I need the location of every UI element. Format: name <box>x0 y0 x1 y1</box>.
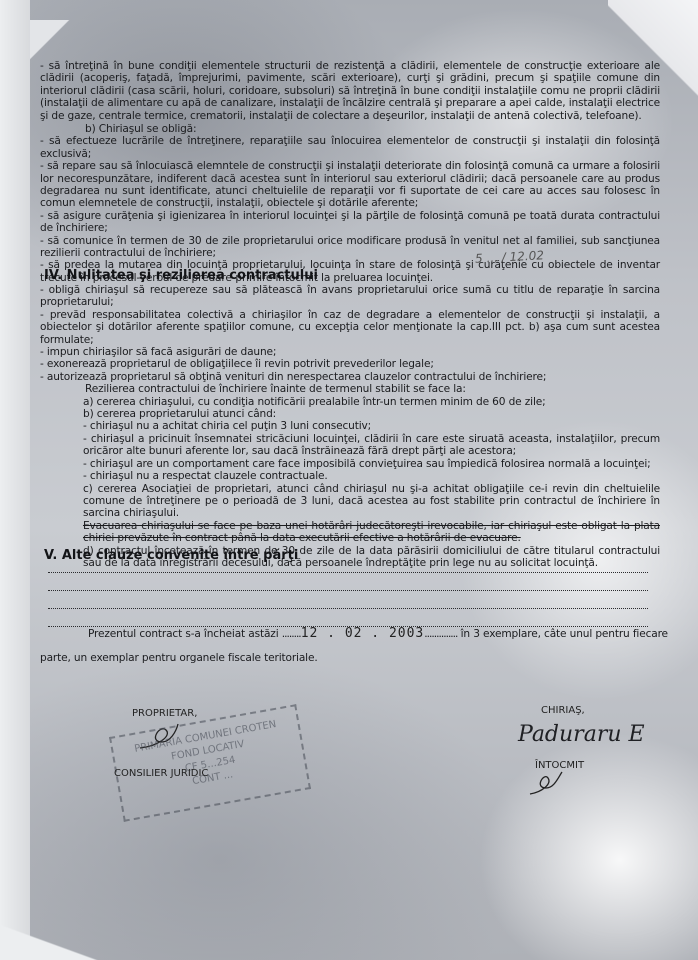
closing-suffix: în 3 exemplare, câte unul pentru fiecare <box>461 628 668 640</box>
clause-item: Evacuarea chiriaşului se face pe baza un… <box>83 520 660 545</box>
scanned-page: - să întreţină în bune condiţii elemente… <box>0 0 698 960</box>
contract-date: 12 . 02 . 2003 <box>301 626 425 641</box>
clause-item: - autorizează proprietarul să obţină ven… <box>40 371 660 383</box>
blank-line <box>48 572 648 573</box>
tenant-signature: Paduraru E <box>518 722 645 747</box>
section-iii-a-tail: - să întreţină în bune condiţii elemente… <box>40 60 660 122</box>
legal-counsel-label: CONSILIER JURIDIC <box>114 768 208 779</box>
clause-item: c) cererea Asociaţiei de proprietari, at… <box>83 483 660 520</box>
section-v-title: V. Alte clauze convenite între părţi <box>44 548 298 563</box>
tenant-label: CHIRIAŞ, <box>541 705 585 716</box>
termination-intro: Rezilierea contractului de închiriere în… <box>40 383 660 395</box>
clause-item: a) cererea chiriaşului, cu condiţia noti… <box>83 396 660 408</box>
clause-item: - prevăd responsabilitatea colectivă a c… <box>40 309 660 346</box>
closing-statement: Prezentul contract s-a încheiat astăzi .… <box>40 628 660 665</box>
blank-line <box>48 590 648 591</box>
page-corner-bottom <box>0 920 100 960</box>
clause-item: - să efectueze lucrările de întreţinere,… <box>40 135 660 160</box>
clause-item: - să asigure curăţenia şi igienizarea în… <box>40 210 660 235</box>
clause-item: - chiriaşul nu a respectat clauzele cont… <box>83 470 660 482</box>
clause-item: - să comunice în termen de 30 de zile pr… <box>40 235 660 260</box>
closing-prefix: Prezentul contract s-a încheiat astăzi <box>88 628 279 640</box>
owner-label: PROPRIETAR, <box>132 708 197 719</box>
drafter-signature-icon <box>528 770 568 798</box>
clause-subtitle: b) Chiriaşul se obligă: <box>40 123 660 135</box>
clause-item: - impun chiriaşilor să facă asigurări de… <box>40 346 660 358</box>
clause-item: - exonerează proprietarul de obligaţiile… <box>40 358 660 370</box>
section-iii-b: b) Chiriaşul se obligă: - să efectueze l… <box>40 123 660 284</box>
clause-item: - chiriaşul a pricinuit însemnatei stric… <box>83 433 660 458</box>
closing-line-2: parte, un exemplar pentru organele fisca… <box>40 652 660 664</box>
clause-item: - obligă chiriaşul să recupereze sau să … <box>40 284 660 309</box>
clause-item: b) cererea proprietarului atunci când: <box>83 408 660 420</box>
clause-text: - să întreţină în bune condiţii elemente… <box>40 60 660 122</box>
clause-item: - chiriaşul nu a achitat chiria cel puţi… <box>83 420 660 432</box>
clause-item: - să repare sau să înlocuiască elemntele… <box>40 160 660 210</box>
blank-line <box>48 608 648 609</box>
clause-item: - chiriaşul are un comportament care fac… <box>83 458 660 470</box>
section-iv-body: - obligă chiriaşul să recupereze sau să … <box>40 284 660 569</box>
page-corner-fold <box>30 20 70 60</box>
section-iv-title: IV. Nulitatea şi rezilierea contractului <box>44 268 318 283</box>
